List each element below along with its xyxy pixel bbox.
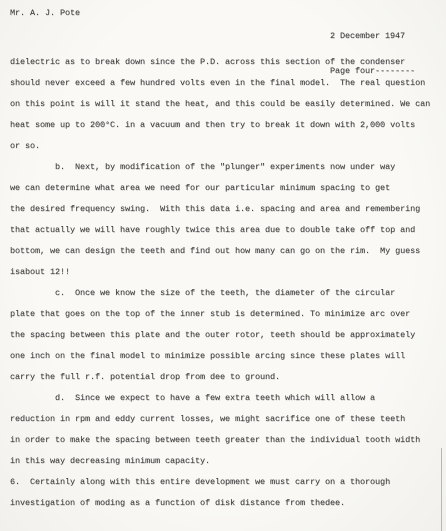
document-page: Mr. A. J. Pote 2 December 1947 Page four… <box>0 0 446 531</box>
text-line: we can determine what area we need for o… <box>10 178 440 199</box>
text-line: bottom, we can design the teeth and find… <box>10 241 440 262</box>
text-line: one inch on the final model to minimize … <box>10 346 440 367</box>
scan-edge-artifact <box>441 448 442 531</box>
text-line: or so. <box>10 136 440 157</box>
text-line: b. Next, by modification of the "plunger… <box>10 157 440 178</box>
text-line: 6. Certainly along with this entire deve… <box>10 472 440 493</box>
text-line: investigation of moding as a function of… <box>10 493 440 514</box>
text-line: the spacing between this plate and the o… <box>10 325 440 346</box>
header-recipient: Mr. A. J. Pote <box>10 8 80 18</box>
text-line: carry the full r.f. potential drop from … <box>10 367 440 388</box>
text-line: reduction in rpm and eddy current losses… <box>10 409 440 430</box>
text-line: plate that goes on the top of the inner … <box>10 304 440 325</box>
text-line: in this way decreasing minimum capacity. <box>10 451 440 472</box>
text-line: c. Once we know the size of the teeth, t… <box>10 283 440 304</box>
letter-body: dielectric as to break down since the P.… <box>10 52 440 514</box>
text-line: dielectric as to break down since the P.… <box>10 52 440 73</box>
text-line: on this point is will it stand the heat,… <box>10 94 440 115</box>
text-line: the desired frequency swing. With this d… <box>10 199 440 220</box>
text-line: in order to make the spacing between tee… <box>10 430 440 451</box>
text-line: d. Since we expect to have a few extra t… <box>10 388 440 409</box>
header-date: 2 December 1947 <box>330 31 415 43</box>
text-line: should never exceed a few hundred volts … <box>10 73 440 94</box>
text-line: isabout 12!! <box>10 262 440 283</box>
text-line: heat some up to 200°C. in a vacuum and t… <box>10 115 440 136</box>
text-line: that actually we will have roughly twice… <box>10 220 440 241</box>
